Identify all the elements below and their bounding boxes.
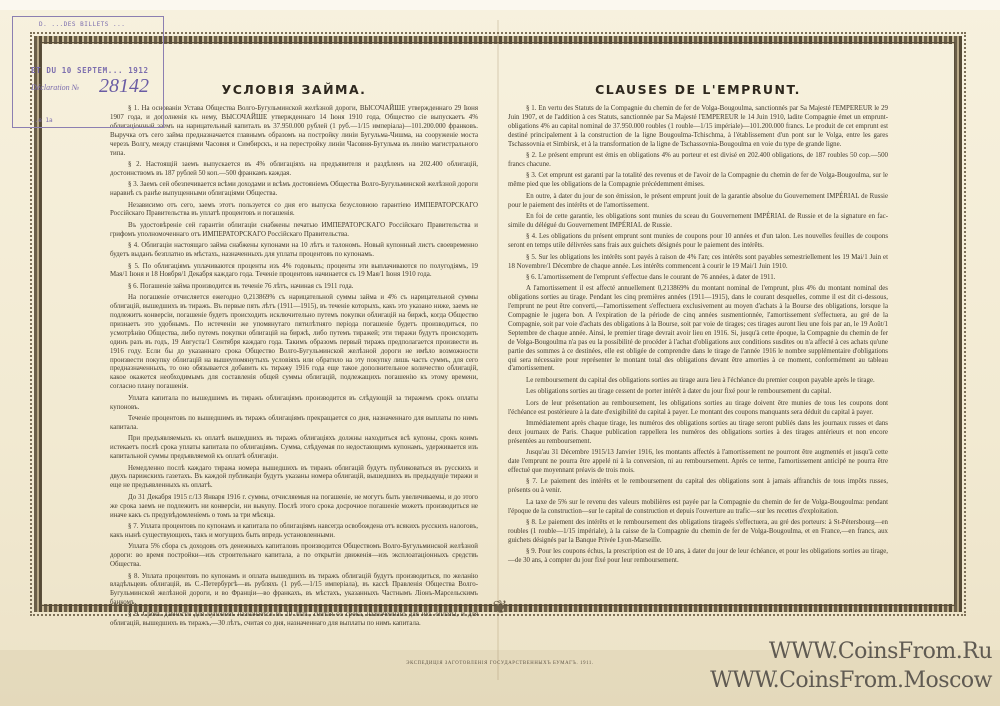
russian-clause-paragraph: § 7. Уплата процентовъ по купонамъ и кап…	[110, 523, 478, 541]
russian-title: УСЛОВІЯ ЗАЙМА.	[110, 82, 478, 97]
french-paragraphs: § 1. En vertu des Statuts de la Compagni…	[508, 105, 888, 566]
french-clause-paragraph: Les obligations sorties au tirage cessen…	[508, 388, 888, 397]
russian-clause-paragraph: Немедленно послѣ каждаго тиража номера в…	[110, 465, 478, 492]
french-clause-paragraph: § 3. Cet emprunt est garanti par la tota…	[508, 172, 888, 190]
russian-clause-paragraph: На погашеніе отчисляется ежегодно 0,2138…	[110, 294, 478, 392]
french-clause-paragraph: § 9. Pour les coupons échus, la prescrip…	[508, 548, 888, 566]
ornamental-flourish-icon: ❦	[448, 596, 552, 618]
french-clause-paragraph: En foi de cette garantie, les obligation…	[508, 213, 888, 231]
french-clause-paragraph: Jusqu'au 31 Décembre 1915/13 Janvier 191…	[508, 449, 888, 476]
russian-clause-paragraph: § 6. Погашеніе займа производится въ теч…	[110, 283, 478, 292]
russian-paragraphs: § 1. На основаніи Устава Общества Волго-…	[110, 105, 478, 628]
bond-reverse-page: УСЛОВІЯ ЗАЙМА. § 1. На основаніи Устава …	[0, 0, 1000, 706]
russian-clause-paragraph: § 3. Заемъ сей обезпечивается всѣми дохо…	[110, 181, 478, 199]
russian-clause-paragraph: § 8. Уплата процентовъ по купонамъ и опл…	[110, 573, 478, 609]
russian-terms-column: УСЛОВІЯ ЗАЙМА. § 1. На основаніи Устава …	[110, 82, 478, 631]
french-clause-paragraph: En outre, à dater du jour de son émissio…	[508, 193, 888, 211]
french-clause-paragraph: § 5. Sur les obligations les intérêts so…	[508, 254, 888, 272]
stamp-line-2: ET DU 10 SEPTEM... 1912	[31, 66, 149, 75]
russian-clause-paragraph: Уплата 5% сбора съ доходовъ отъ денежных…	[110, 543, 478, 570]
watermark-moscow: WWW.CoinsFrom.Moscow	[710, 668, 992, 693]
russian-clause-paragraph: § 2. Настоящій заемъ выпускается въ 4% о…	[110, 161, 478, 179]
registration-stamp: D. ...DES BILLETS ... ET DU 10 SEPTEM...…	[12, 16, 164, 128]
paper-edge	[0, 0, 1000, 10]
russian-clause-paragraph: Въ удостовѣреніе сей гарантіи облигаціи …	[110, 222, 478, 240]
stamp-line-3: ..e 1a	[31, 117, 53, 124]
russian-clause-paragraph: § 4. Облигаціи настоящаго займа снабжены…	[110, 242, 478, 260]
french-clause-paragraph: § 2. Le présent emprunt est émis en obli…	[508, 152, 888, 170]
french-clause-paragraph: Le remboursement du capital des obligati…	[508, 377, 888, 386]
french-clause-paragraph: § 1. En vertu des Statuts de la Compagni…	[508, 105, 888, 150]
watermark-ru: WWW.CoinsFrom.Ru	[769, 639, 992, 664]
russian-clause-paragraph: При предъявляемыхъ къ оплатѣ вышедшихъ в…	[110, 435, 478, 462]
french-clause-paragraph: § 8. Le paiement des intérêts et le remb…	[508, 519, 888, 546]
french-clause-paragraph: § 4. Les obligations du présent emprunt …	[508, 233, 888, 251]
stamp-line-1: D. ...DES BILLETS ...	[39, 21, 125, 28]
french-clause-paragraph: Lors de leur présentation au rembourseme…	[508, 400, 888, 418]
french-clause-paragraph: La taxe de 5% sur le revenu des valeurs …	[508, 499, 888, 517]
french-clause-paragraph: Immédiatement après chaque tirage, les n…	[508, 420, 888, 447]
french-clause-paragraph: § 6. L'amortissement de l'emprunt s'effe…	[508, 274, 888, 283]
stamp-declaration-number: 28142	[99, 75, 149, 98]
paper-fold-line	[497, 20, 499, 680]
russian-clause-paragraph: § 1. На основаніи Устава Общества Волго-…	[110, 105, 478, 158]
russian-clause-paragraph: § 5. По облигаціямъ уплачиваются процент…	[110, 263, 478, 281]
french-terms-column: CLAUSES DE L'EMPRUNT. § 1. En vertu des …	[508, 82, 888, 569]
russian-clause-paragraph: § 9. Срокъ давности для купоновъ назнача…	[110, 611, 478, 629]
russian-clause-paragraph: Теченіе процентовъ по вышедшимъ въ тираж…	[110, 415, 478, 433]
russian-clause-paragraph: Независимо отъ сего, заемъ этотъ пользуе…	[110, 202, 478, 220]
french-clause-paragraph: A l'amortissement il est affecté annuell…	[508, 285, 888, 374]
russian-clause-paragraph: До 31 Декабря 1915 г./13 Января 1916 г. …	[110, 494, 478, 521]
french-clause-paragraph: § 7. Le paiement des intérêts et le remb…	[508, 478, 888, 496]
russian-clause-paragraph: Уплата капитала по вышедшимъ въ тиражъ о…	[110, 395, 478, 413]
stamp-declaration-label: Déclaration №	[31, 83, 79, 92]
french-title: CLAUSES DE L'EMPRUNT.	[508, 82, 888, 97]
